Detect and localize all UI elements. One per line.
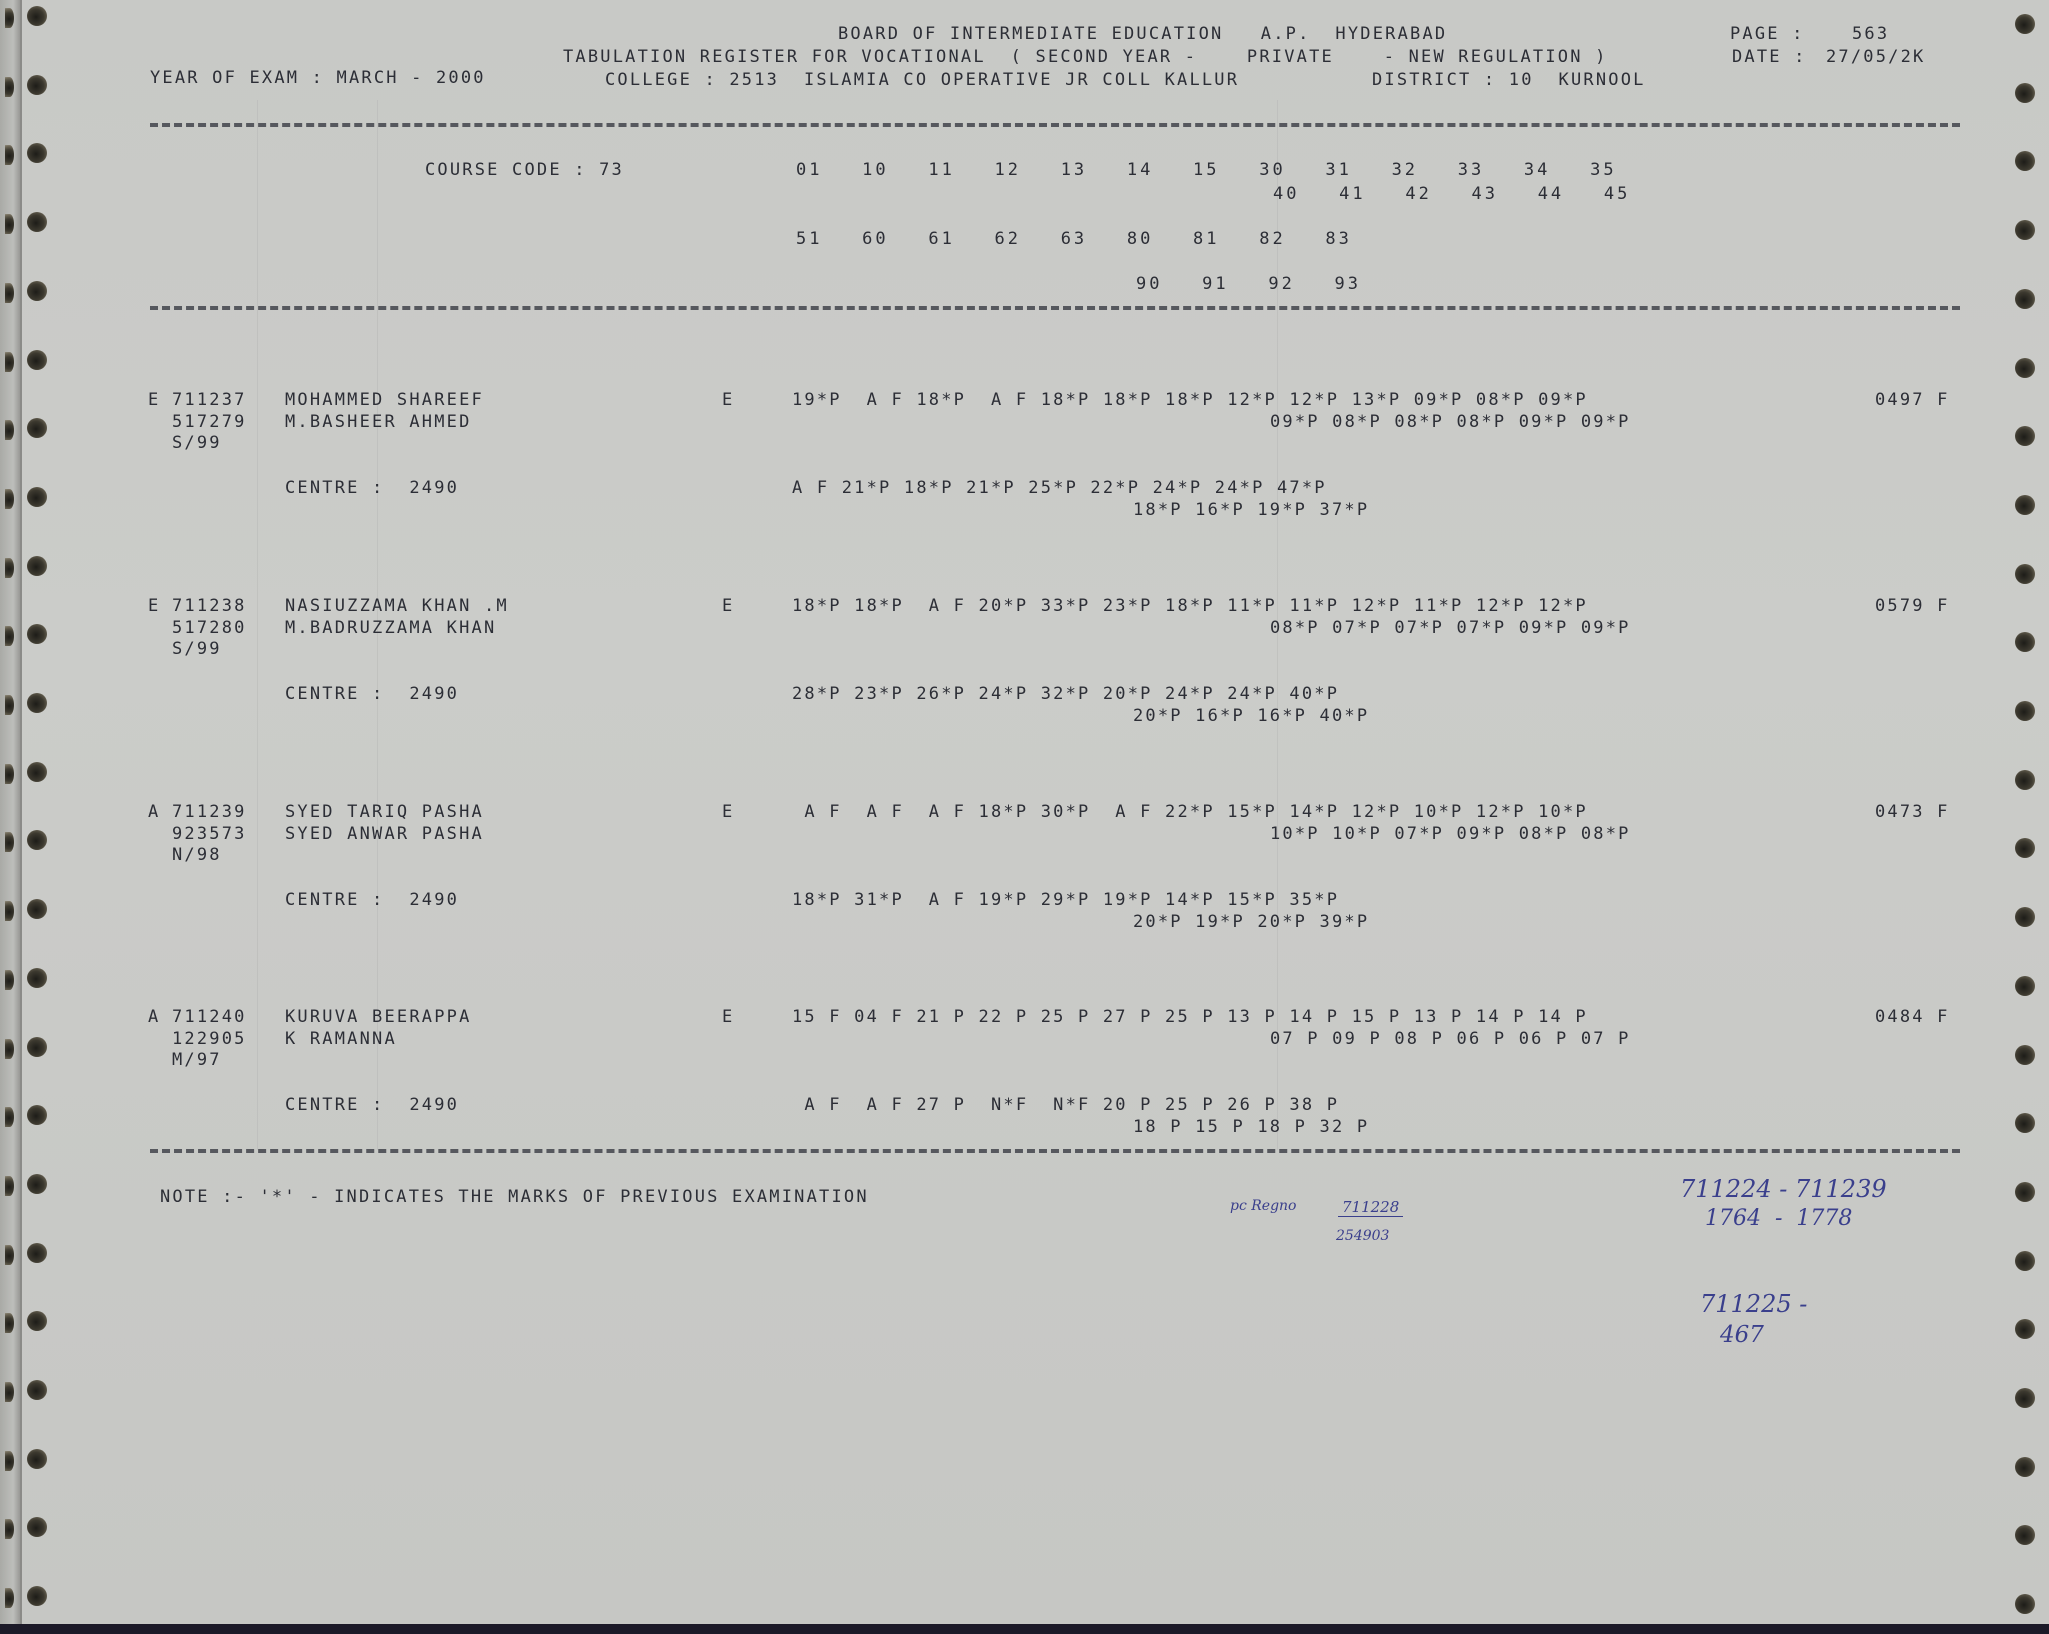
feed-hole-icon <box>5 970 14 990</box>
feed-hole-icon <box>2015 1388 2035 1408</box>
handwritten-pc-number: 711228 <box>1338 1198 1403 1217</box>
hall-ticket-number: 711237 <box>172 390 247 410</box>
marks-row1: A F A F A F 18*P 30*P A F 22*P 15*P 14*P… <box>792 802 1588 822</box>
feed-hole-icon <box>5 558 14 578</box>
course-code-label: COURSE CODE : 73 <box>425 160 624 180</box>
father-name: M.BASHEER AHMED <box>285 412 472 432</box>
separator-top <box>150 123 1960 127</box>
feed-hole-icon <box>5 1245 14 1265</box>
feed-hole-icon <box>5 489 14 509</box>
centre: CENTRE : 2490 <box>285 684 459 704</box>
feed-hole-icon <box>27 1449 47 1469</box>
feed-hole-icon <box>27 281 47 301</box>
feed-hole-icon <box>27 968 47 988</box>
father-name: SYED ANWAR PASHA <box>285 824 484 844</box>
feed-hole-icon <box>5 283 14 303</box>
marks-row2b: 18*P 16*P 19*P 37*P <box>1133 500 1369 520</box>
feed-hole-icon <box>27 899 47 919</box>
feed-hole-icon <box>5 1588 14 1608</box>
feed-hole-icon <box>5 77 14 97</box>
student-name: MOHAMMED SHAREEF <box>285 390 484 410</box>
feed-hole-icon <box>27 1243 47 1263</box>
centre: CENTRE : 2490 <box>285 1095 459 1115</box>
feed-hole-icon <box>5 1176 14 1196</box>
feed-hole-icon <box>27 1037 47 1057</box>
medium: E <box>722 390 734 410</box>
feed-hole-icon <box>2015 1251 2035 1271</box>
medium: E <box>722 596 734 616</box>
marks-row1b: 09*P 08*P 08*P 08*P 09*P 09*P <box>1270 412 1631 432</box>
feed-hole-icon <box>5 352 14 372</box>
handwritten-range1b: 1764 - 1778 <box>1705 1206 1852 1231</box>
medium: E <box>722 802 734 822</box>
feed-hole-icon <box>2015 1457 2035 1477</box>
marks-row2: 28*P 23*P 26*P 24*P 32*P 20*P 24*P 24*P … <box>792 684 1339 704</box>
course-subjects-row3: 90 91 92 93 <box>1136 274 1361 294</box>
date-value: 27/05/2K <box>1826 47 1925 67</box>
handwritten-pc-label: pc Regno <box>1230 1198 1297 1214</box>
feed-hole-icon <box>27 1380 47 1400</box>
hall-ticket-number: 711240 <box>172 1007 247 1027</box>
previous-exam: N/98 <box>172 845 222 865</box>
register-title: TABULATION REGISTER FOR VOCATIONAL ( SEC… <box>563 47 1608 67</box>
marks-row1b: 07 P 09 P 08 P 06 P 06 P 07 P <box>1270 1029 1631 1049</box>
course-subjects-row1b: 40 41 42 43 44 45 <box>1273 184 1630 204</box>
course-subjects-row2: 51 60 61 62 63 80 81 82 83 <box>796 229 1352 249</box>
marks-row2b: 18 P 15 P 18 P 32 P <box>1133 1117 1369 1137</box>
feed-hole-icon <box>5 1039 14 1059</box>
feed-hole-icon <box>27 1586 47 1606</box>
total-result: 0579 F <box>1875 596 1950 616</box>
scan-bottom-edge <box>0 1624 2049 1634</box>
father-name: K RAMANNA <box>285 1029 397 1049</box>
feed-hole-icon <box>2015 907 2035 927</box>
handwritten-range2: 711225 - <box>1700 1290 1807 1318</box>
district-info: DISTRICT : 10 KURNOOL <box>1372 70 1646 90</box>
page-label: PAGE : <box>1730 24 1805 44</box>
feed-hole-icon <box>2015 770 2035 790</box>
grid-line <box>257 100 258 1150</box>
separator-bottom <box>150 1149 1960 1153</box>
date-label: DATE : <box>1732 47 1807 67</box>
college-info: COLLEGE : 2513 ISLAMIA CO OPERATIVE JR C… <box>605 70 1239 90</box>
feed-hole-icon <box>2015 564 2035 584</box>
hall-ticket-number: 711239 <box>172 802 247 822</box>
feed-hole-icon <box>27 6 47 26</box>
feed-hole-icon <box>2015 701 2035 721</box>
feed-hole-icon <box>27 762 47 782</box>
feed-hole-icon <box>2015 83 2035 103</box>
marks-row2: 18*P 31*P A F 19*P 29*P 19*P 14*P 15*P 3… <box>792 890 1339 910</box>
feed-hole-icon <box>5 1451 14 1471</box>
feed-hole-icon <box>5 764 14 784</box>
marks-row1: 18*P 18*P A F 20*P 33*P 23*P 18*P 11*P 1… <box>792 596 1588 616</box>
marks-row2b: 20*P 19*P 20*P 39*P <box>1133 912 1369 932</box>
feed-hole-icon <box>5 214 14 234</box>
total-result: 0484 F <box>1875 1007 1950 1027</box>
previous-hall-ticket: 122905 <box>172 1029 247 1049</box>
feed-hole-icon <box>2015 289 2035 309</box>
medium: E <box>722 1007 734 1027</box>
marks-row1b: 10*P 10*P 07*P 09*P 08*P 08*P <box>1270 824 1631 844</box>
year-of-exam: YEAR OF EXAM : MARCH - 2000 <box>150 68 486 88</box>
marks-row1: 15 F 04 F 21 P 22 P 25 P 27 P 25 P 13 P … <box>792 1007 1588 1027</box>
course-subjects-row1: 01 10 11 12 13 14 15 30 31 32 33 34 35 <box>796 160 1617 180</box>
feed-hole-icon <box>27 75 47 95</box>
total-result: 0473 F <box>1875 802 1950 822</box>
hall-ticket-number: 711238 <box>172 596 247 616</box>
father-name: M.BADRUZZAMA KHAN <box>285 618 496 638</box>
marks-row2: A F A F 27 P N*F N*F 20 P 25 P 26 P 38 P <box>792 1095 1339 1115</box>
board-title: BOARD OF INTERMEDIATE EDUCATION A.P. HYD… <box>838 24 1447 44</box>
marks-row2: A F 21*P 18*P 21*P 25*P 22*P 24*P 24*P 4… <box>792 478 1327 498</box>
student-name: SYED TARIQ PASHA <box>285 802 484 822</box>
student-name: KURUVA BEERAPPA <box>285 1007 472 1027</box>
category: A <box>148 802 160 822</box>
feed-hole-icon <box>27 212 47 232</box>
feed-hole-icon <box>5 901 14 921</box>
handwritten-range1: 711224 - 711239 <box>1680 1175 1887 1203</box>
student-name: NASIUZZAMA KHAN .M <box>285 596 509 616</box>
feed-hole-icon <box>2015 976 2035 996</box>
feed-hole-icon <box>2015 1594 2035 1614</box>
previous-hall-ticket: 923573 <box>172 824 247 844</box>
separator-course <box>150 306 1960 310</box>
centre: CENTRE : 2490 <box>285 890 459 910</box>
feed-hole-icon <box>27 350 47 370</box>
feed-hole-icon <box>2015 220 2035 240</box>
feed-hole-icon <box>27 556 47 576</box>
marks-row1b: 08*P 07*P 07*P 07*P 09*P 09*P <box>1270 618 1631 638</box>
handwritten-range2b: 467 <box>1720 1322 1764 1348</box>
previous-exam: S/99 <box>172 639 222 659</box>
marks-row1: 19*P A F 18*P A F 18*P 18*P 18*P 12*P 12… <box>792 390 1588 410</box>
previous-exam: M/97 <box>172 1050 222 1070</box>
feed-hole-icon <box>27 487 47 507</box>
feed-hole-icon <box>2015 495 2035 515</box>
feed-hole-icon <box>5 8 14 28</box>
feed-hole-icon <box>2015 1182 2035 1202</box>
previous-exam: S/99 <box>172 433 222 453</box>
category: E <box>148 596 160 616</box>
centre: CENTRE : 2490 <box>285 478 459 498</box>
previous-hall-ticket: 517279 <box>172 412 247 432</box>
previous-hall-ticket: 517280 <box>172 618 247 638</box>
category: A <box>148 1007 160 1027</box>
feed-hole-icon <box>27 693 47 713</box>
feed-hole-icon <box>2015 358 2035 378</box>
footer-note: NOTE :- '*' - INDICATES THE MARKS OF PRE… <box>160 1187 869 1207</box>
total-result: 0497 F <box>1875 390 1950 410</box>
marks-row2b: 20*P 16*P 16*P 40*P <box>1133 706 1369 726</box>
feed-hole-icon <box>5 1382 14 1402</box>
feed-hole-icon <box>27 1174 47 1194</box>
category: E <box>148 390 160 410</box>
page-number: 563 <box>1852 24 1889 44</box>
feed-hole-icon <box>5 695 14 715</box>
handwritten-pc-sub: 254903 <box>1336 1228 1389 1244</box>
feed-hole-icon <box>2015 1045 2035 1065</box>
feed-hole-icon <box>2015 14 2035 34</box>
